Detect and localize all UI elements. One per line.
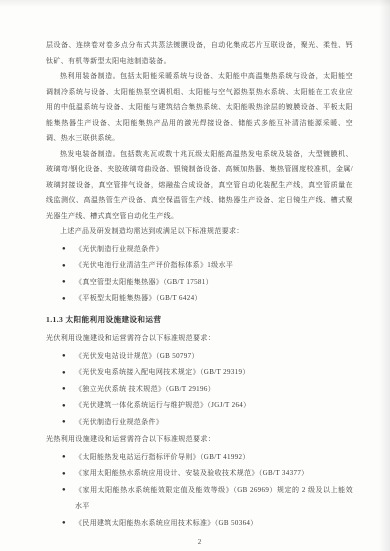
list-item-text: 《民用建筑太阳能热水系统应用技术标准》（GB 50364）: [75, 519, 258, 527]
pv-standards-list: ●《光伏发电站设计规范》（GB 50797） ●《光伏发电系统接入配电网技术规定…: [46, 348, 353, 431]
paragraph-standards-lead: 上述产品及研发制造均需达到或满足以下标准规范要求：: [46, 224, 353, 240]
list-item: ●《光伏制造行业规范条件》: [62, 241, 353, 258]
list-item: ●《光伏发电站设计规范》（GB 50797）: [62, 348, 353, 365]
list-item-text: 《家用太阳能热水系统能效限定值及能效等级》（GB 26969）规定的 2 级及以…: [75, 486, 353, 511]
page-number: 2: [46, 536, 353, 548]
list-item: ●《光伏制造行业规范条件》: [62, 414, 353, 431]
list-item: ●《平板型太阳能集热器》（GB/T 6424）: [62, 290, 353, 307]
list-item-text: 《光伏建筑一体化系统运行与维护规范》（JGJ/T 264）: [75, 401, 251, 409]
list-item: ●《光伏发电系统接入配电网技术规定》（GB/T 29319）: [62, 364, 353, 381]
list-item-text: 《家用太阳能热水系统应用设计、安装及验收技术规范》（GB/T 34377）: [75, 469, 309, 477]
bullet-icon: ●: [62, 466, 66, 483]
bullet-icon: ●: [62, 365, 66, 382]
list-item-text: 《真空管型太阳能集热器》（GB/T 17581）: [75, 278, 213, 286]
bullet-icon: ●: [62, 258, 66, 275]
list-item: ●《光伏建筑一体化系统运行与维护规范》（JGJ/T 264）: [62, 397, 353, 414]
paragraph-csp-equipment: 热发电装备制造。包括数兆瓦或数十兆瓦级太阳能高温热发电系统及装备，大型镀膜机、玻…: [46, 147, 353, 225]
bullet-icon: ●: [62, 291, 66, 308]
list-item-text: 《光伏制造行业规范条件》: [75, 245, 163, 253]
list-item: ●《太阳能热发电站运行指标评价导则》（GB/T 41992）: [62, 449, 353, 466]
thermal-standards-list: ●《太阳能热发电站运行指标评价导则》（GB/T 41992） ●《家用太阳能热水…: [46, 449, 353, 532]
bullet-icon: ●: [62, 515, 66, 532]
list-item-text: 《光伏电池行业清洁生产评价指标体系》1级水平: [75, 261, 233, 269]
bullet-icon: ●: [62, 241, 66, 258]
list-item-text: 《太阳能热发电站运行指标评价导则》（GB/T 41992）: [75, 453, 250, 461]
scan-edge-top: [0, 0, 390, 7]
bullet-icon: ●: [62, 348, 66, 365]
list-item: ●《家用太阳能热水系统能效限定值及能效等级》（GB 26969）规定的 2 级及…: [62, 482, 353, 515]
scanned-document-page: 层设备、连续卷对卷多点分布式共蒸法镀膜设备，自动化集成芯片互联设备，聚光、柔性、…: [0, 0, 390, 551]
list-item: ●《家用太阳能热水系统应用设计、安装及验收技术规范》（GB/T 34377）: [62, 465, 353, 482]
bullet-icon: ●: [62, 274, 66, 291]
list-item: ●《真空管型太阳能集热器》（GB/T 17581）: [62, 274, 353, 291]
list-item: ●《光伏电池行业清洁生产评价指标体系》1级水平: [62, 257, 353, 274]
list-item: ●《独立光伏系统 技术规范》（GB/T 29196）: [62, 381, 353, 398]
paragraph-continuation: 层设备、连续卷对卷多点分布式共蒸法镀膜设备，自动化集成芯片互联设备，聚光、柔性、…: [46, 38, 353, 69]
list-item-text: 《平板型太阳能集热器》（GB/T 6424）: [75, 294, 202, 302]
list-item-text: 《光伏制造行业规范条件》: [75, 418, 163, 426]
list-item-text: 《独立光伏系统 技术规范》（GB/T 29196）: [75, 385, 215, 393]
bullet-icon: ●: [62, 449, 66, 466]
pv-intro: 光伏利用设施建设和运营需符合以下标准规范要求：: [46, 331, 353, 347]
manufacturing-standards-list: ●《光伏制造行业规范条件》 ●《光伏电池行业清洁生产评价指标体系》1级水平 ●《…: [46, 241, 353, 307]
scan-edge-right: [379, 0, 390, 551]
page-content: 层设备、连续卷对卷多点分布式共蒸法镀膜设备，自动化集成芯片互联设备，聚光、柔性、…: [46, 38, 353, 548]
bullet-icon: ●: [62, 414, 66, 431]
bullet-icon: ●: [62, 482, 66, 499]
list-item-text: 《光伏发电站设计规范》（GB 50797）: [75, 352, 199, 360]
bullet-icon: ●: [62, 381, 66, 398]
thermal-intro: 光热利用设施建设和运营需符合以下标准规范要求：: [46, 432, 353, 448]
bullet-icon: ●: [62, 398, 66, 415]
list-item: ●《民用建筑太阳能热水系统应用技术标准》（GB 50364）: [62, 515, 353, 532]
list-item-text: 《光伏发电系统接入配电网技术规定》（GB/T 29319）: [75, 368, 250, 376]
section-heading: 1.1.3 太阳能利用设施建设和运营: [46, 312, 353, 328]
paragraph-thermal-equipment: 热利用装备制造。包括太阳能采暖系统与设备、太阳能中高温集热系统与设备，太阳能空调…: [46, 69, 353, 147]
